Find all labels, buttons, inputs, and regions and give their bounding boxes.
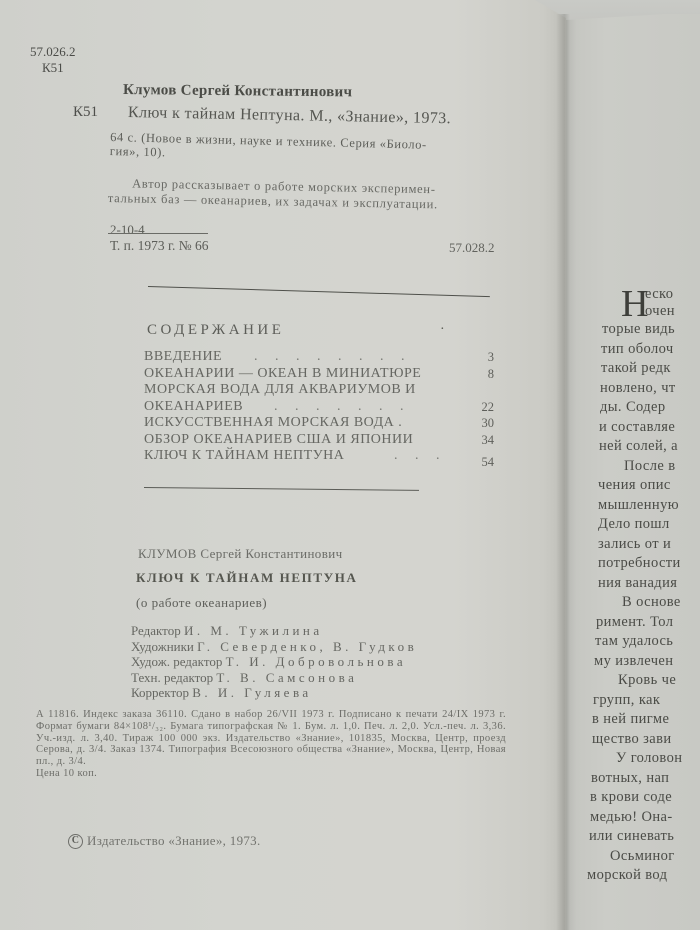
toc-entry[interactable]: ИСКУССТВЕННАЯ МОРСКАЯ ВОДА . 30 bbox=[144, 415, 494, 432]
text-line: чения опис bbox=[598, 476, 682, 496]
text-line: медью! Она- bbox=[590, 808, 682, 828]
toc-entry[interactable]: ОКЕАНАРИИ — ОКЕАН В МИНИАТЮРЕ 8 bbox=[144, 366, 494, 383]
credit-name: Т. В. Самсонова bbox=[216, 670, 357, 685]
text-line: в крови соде bbox=[590, 788, 682, 808]
credit-row: Техн. редактор Т. В. Самсонова bbox=[131, 670, 417, 686]
credits-list: Редактор И. М. Тужилина Художники Г. Сев… bbox=[131, 623, 417, 701]
credit-row: Корректор В. И. Гуляева bbox=[131, 685, 417, 701]
author-mark-secondary: К51 bbox=[73, 104, 98, 121]
toc-entry-page: 22 bbox=[482, 399, 495, 416]
text-line: новлено, чт bbox=[598, 379, 682, 399]
text-line: торые видь bbox=[598, 320, 682, 340]
text-line: Осьминог bbox=[598, 847, 682, 867]
author-heading: Клумов Сергей Константинович bbox=[123, 82, 352, 101]
toc-entry-page: 54 bbox=[482, 454, 495, 471]
text-line: морской вод bbox=[587, 866, 682, 886]
imprint-subtitle: (о работе океанариев) bbox=[136, 595, 267, 611]
toc-entry[interactable]: ОКЕАНАРИЕВ . . . . . . . 22 bbox=[144, 399, 494, 416]
credit-name: Т. И. Добровольнова bbox=[226, 654, 407, 669]
text-line: Кровь че bbox=[598, 671, 682, 691]
text-line: или синевать bbox=[589, 827, 682, 847]
text-line: очен bbox=[598, 302, 682, 320]
imprint-title: КЛЮЧ К ТАЙНАМ НЕПТУНА bbox=[136, 570, 357, 586]
text-line: еско bbox=[598, 286, 682, 302]
toc-heading: СОДЕРЖАНИЕ bbox=[147, 322, 284, 339]
credit-row: Редактор И. М. Тужилина bbox=[131, 623, 417, 639]
text-line: там удалось bbox=[595, 632, 682, 652]
toc-entry-title: ИСКУССТВЕННАЯ МОРСКАЯ ВОДА . bbox=[144, 415, 402, 432]
annotation: Автор рассказывает о работе морских эксп… bbox=[108, 176, 439, 212]
text-line: в ней пигме bbox=[592, 710, 682, 730]
credit-name: Г. Северденко, В. Гудков bbox=[197, 639, 417, 654]
toc-entry-page: 30 bbox=[482, 415, 495, 432]
credit-role: Редактор bbox=[131, 623, 181, 638]
toc-entry-title: МОРСКАЯ ВОДА ДЛЯ АКВАРИУМОВ И bbox=[144, 382, 416, 399]
text-line: римент. Тол bbox=[596, 613, 682, 633]
imprint-author: КЛУМОВ Сергей Константинович bbox=[138, 546, 343, 562]
credit-role: Корректор bbox=[131, 685, 189, 700]
text-line: му извлечен bbox=[594, 652, 682, 672]
credit-name: В. И. Гуляева bbox=[192, 685, 311, 700]
credit-role: Техн. редактор bbox=[131, 670, 213, 685]
book-gutter bbox=[556, 14, 570, 930]
credit-row: Худож. редактор Т. И. Добровольнова bbox=[131, 654, 417, 670]
text-line: щество зави bbox=[592, 730, 682, 750]
dot-mark: · bbox=[440, 322, 445, 338]
toc-entry[interactable]: КЛЮЧ К ТАЙНАМ НЕПТУНА . . . 54 bbox=[144, 448, 494, 465]
text-line: Дело пошл bbox=[598, 515, 682, 535]
text-line: ней солей, а bbox=[598, 437, 682, 457]
publishing-plan: Т. п. 1973 г. № 66 bbox=[110, 238, 209, 254]
right-page-text: еско очен торые видь тип оболоч такой ре… bbox=[598, 286, 682, 886]
text-line: потребности bbox=[598, 554, 682, 574]
copyright-line: C Издательство «Знание», 1973. bbox=[68, 833, 261, 849]
toc-leader-dots: . . . . . . . bbox=[274, 399, 411, 416]
toc-entry-title: ОКЕАНАРИЕВ bbox=[144, 399, 243, 416]
colophon-text: А 11816. Индекс заказа 36110. Сдано в на… bbox=[36, 709, 506, 768]
text-line: После в bbox=[598, 457, 682, 477]
text-line: зались от и bbox=[598, 535, 682, 555]
text-line: ды. Содер bbox=[598, 398, 682, 418]
toc-entry[interactable]: ВВЕДЕНИЕ . . . . . . . . 3 bbox=[144, 349, 494, 366]
credit-row: Художники Г. Северденко, В. Гудков bbox=[131, 639, 417, 655]
toc-entry[interactable]: ОБЗОР ОКЕАНАРИЕВ США И ЯПОНИИ 34 bbox=[144, 432, 494, 449]
toc-entry-title: ОКЕАНАРИИ — ОКЕАН В МИНИАТЮРЕ bbox=[144, 366, 421, 383]
toc-entry-title: ВВЕДЕНИЕ bbox=[144, 349, 222, 366]
price: Цена 10 коп. bbox=[36, 768, 506, 780]
text-line: мышленную bbox=[598, 496, 682, 516]
author-mark: К51 bbox=[30, 60, 76, 76]
toc-leader-dots: . . . bbox=[394, 448, 447, 465]
bbk-classification: 57.026.2 К51 bbox=[30, 44, 76, 76]
bbk-code: 57.026.2 bbox=[30, 44, 76, 60]
toc-leader-dots: . . . . . . . . bbox=[254, 349, 412, 366]
divider bbox=[108, 233, 208, 234]
credit-name: И. М. Тужилина bbox=[184, 623, 323, 638]
classification-code: 2-10-4 bbox=[110, 222, 145, 238]
text-line: ния ванадия bbox=[598, 574, 682, 594]
text-line: и составляе bbox=[598, 418, 682, 438]
text-line: групп, как bbox=[593, 691, 682, 711]
toc-entry-page: 34 bbox=[482, 432, 495, 449]
credit-role: Худож. редактор bbox=[131, 654, 222, 669]
toc-entry-page: 3 bbox=[488, 349, 494, 366]
text-line: такой редк bbox=[598, 359, 682, 379]
text-line: В основе bbox=[598, 593, 682, 613]
text-line: вотных, нап bbox=[591, 769, 682, 789]
colophon: А 11816. Индекс заказа 36110. Сдано в на… bbox=[36, 709, 506, 780]
toc-entry-title: КЛЮЧ К ТАЙНАМ НЕПТУНА bbox=[144, 448, 344, 465]
copyright-icon: C bbox=[68, 834, 83, 849]
toc-list: ВВЕДЕНИЕ . . . . . . . . 3 ОКЕАНАРИИ — О… bbox=[144, 349, 494, 465]
credit-role: Художники bbox=[131, 639, 194, 654]
copyright-text: Издательство «Знание», 1973. bbox=[87, 833, 261, 849]
text-line: У головон bbox=[598, 749, 682, 769]
bbk-code-right: 57.028.2 bbox=[449, 240, 495, 256]
toc-entry-page: 8 bbox=[488, 366, 494, 383]
toc-entry-title: ОБЗОР ОКЕАНАРИЕВ США И ЯПОНИИ bbox=[144, 432, 413, 449]
text-line: тип оболоч bbox=[598, 340, 682, 360]
toc-entry[interactable]: МОРСКАЯ ВОДА ДЛЯ АКВАРИУМОВ И bbox=[144, 382, 494, 399]
